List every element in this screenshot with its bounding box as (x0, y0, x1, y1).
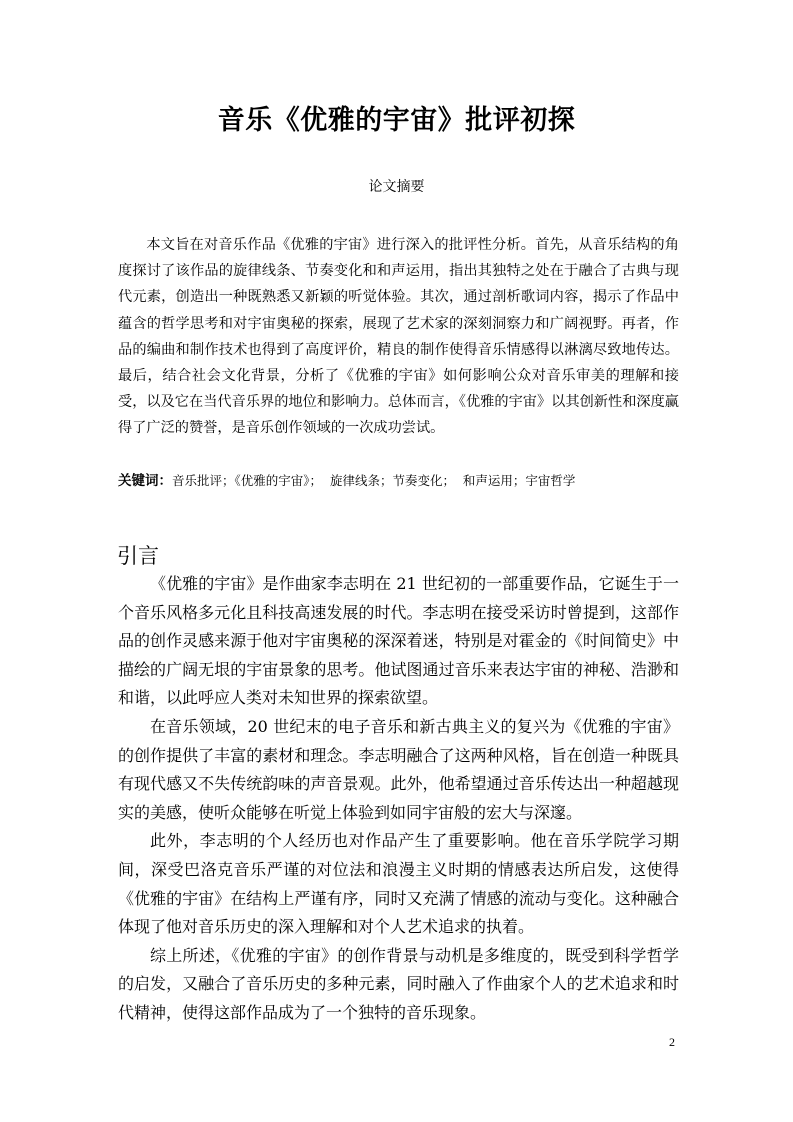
document-page: 音乐《优雅的宇宙》批评初探 论文摘要 本文旨在对音乐作品《优雅的宇宙》进行深入的… (0, 0, 793, 1122)
page-title: 音乐《优雅的宇宙》批评初探 (0, 98, 793, 137)
body-paragraph: 综上所述，《优雅的宇宙》的创作背景与动机是多维度的，既受到科学哲学的启发，又融合… (118, 942, 679, 1028)
body-paragraph: 在音乐领域，20 世纪末的电子音乐和新古典主义的复兴为《优雅的宇宙》的创作提供了… (118, 713, 679, 827)
keywords-line: 关键词：音乐批评；《优雅的宇宙》； 旋律线条；节奏变化； 和声运用；宇宙哲学 (118, 469, 698, 489)
introduction-body: 《优雅的宇宙》是作曲家李志明在 21 世纪初的一部重要作品，它诞生于一个音乐风格… (118, 570, 679, 1028)
abstract-paragraph: 本文旨在对音乐作品《优雅的宇宙》进行深入的批评性分析。首先，从音乐结构的角度探讨… (118, 232, 679, 442)
body-paragraph: 此外，李志明的个人经历也对作品产生了重要影响。他在音乐学院学习期间，深受巴洛克音… (118, 827, 679, 941)
page-number: 2 (669, 1035, 675, 1050)
keywords-label: 关键词： (118, 473, 172, 489)
keywords-text: 音乐批评；《优雅的宇宙》； 旋律线条；节奏变化； 和声运用；宇宙哲学 (172, 473, 575, 488)
abstract-heading: 论文摘要 (0, 176, 793, 196)
section-heading-introduction: 引言 (117, 540, 159, 570)
body-paragraph: 《优雅的宇宙》是作曲家李志明在 21 世纪初的一部重要作品，它诞生于一个音乐风格… (118, 570, 679, 713)
